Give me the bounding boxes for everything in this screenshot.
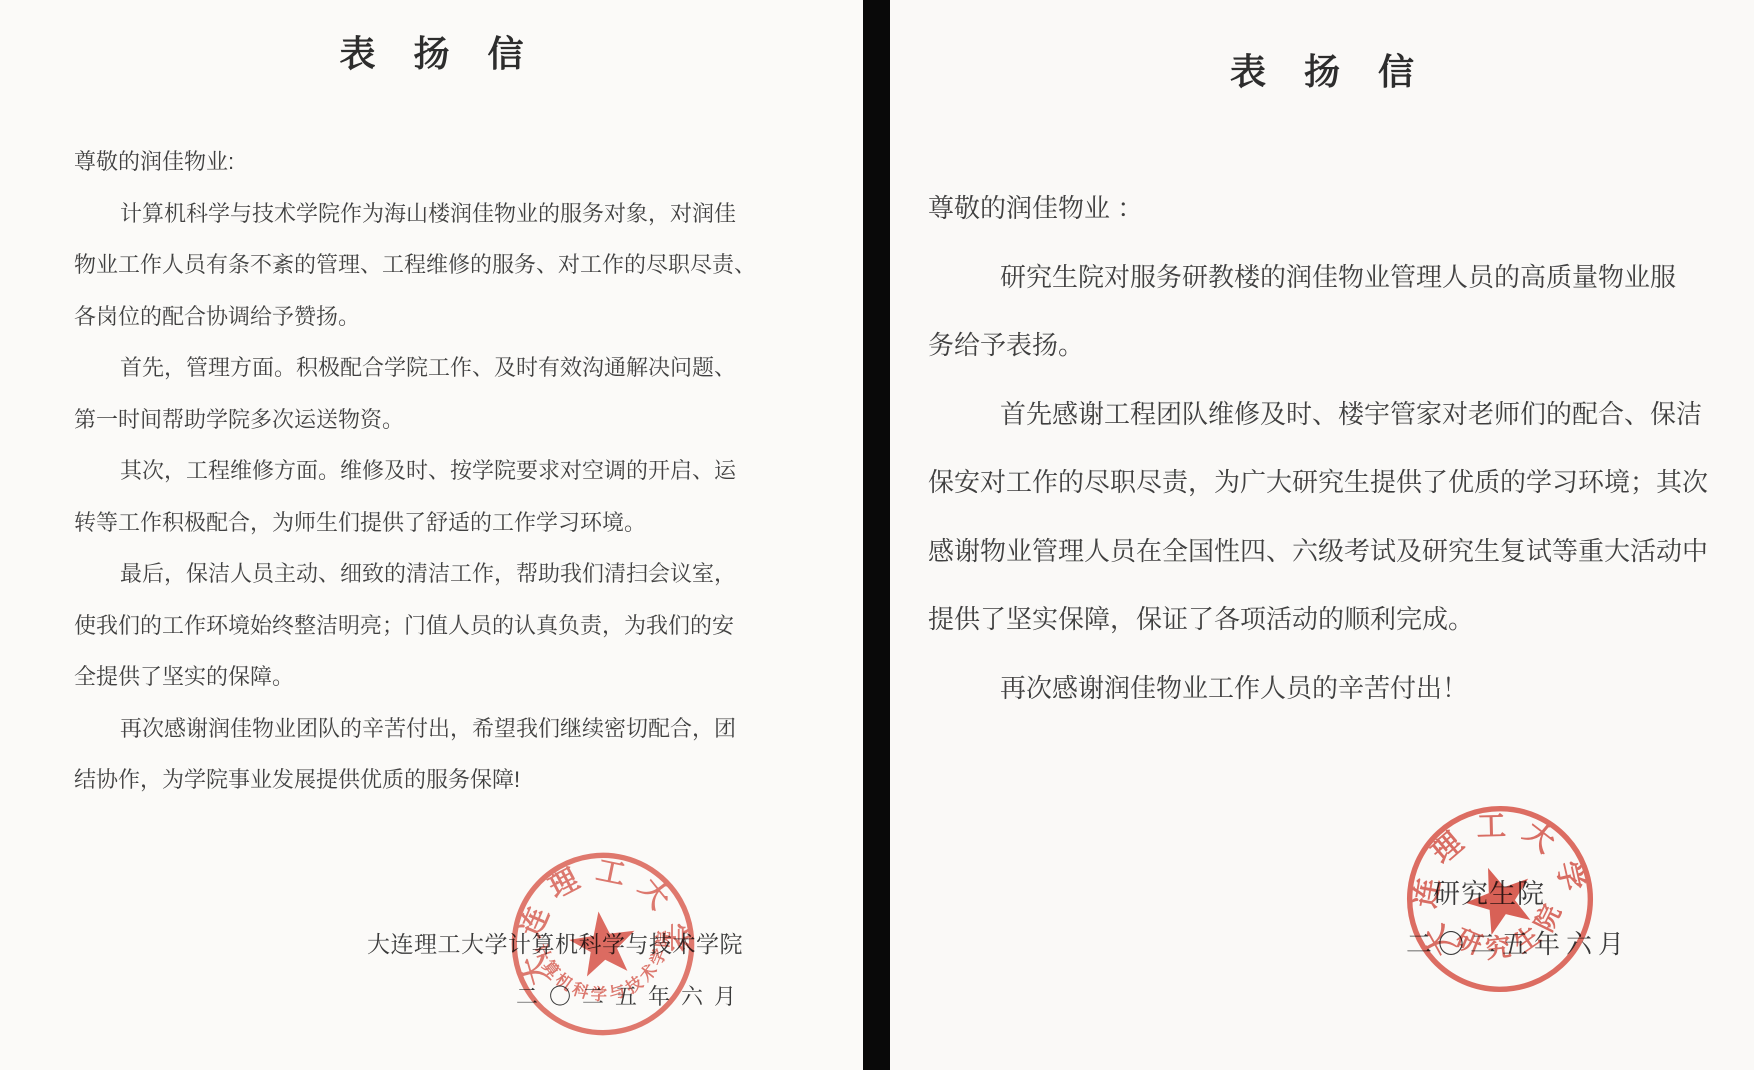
body-line: 保安对工作的尽职尽责，为广大研究生提供了优质的学习环境；其次 bbox=[928, 448, 1716, 517]
salutation: 尊敬的润佳物业: bbox=[74, 136, 764, 188]
letter-body: 尊敬的润佳物业: 计算机科学与技术学院作为海山楼润佳物业的服务对象，对润佳 物业… bbox=[74, 136, 764, 806]
body-line: 其次，工程维修方面。维修及时、按学院要求对空调的开启、运 bbox=[74, 445, 764, 497]
body-line: 最后，保洁人员主动、细致的清洁工作，帮助我们清扫会议室， bbox=[74, 548, 764, 600]
body-line: 再次感谢润佳物业工作人员的辛苦付出！ bbox=[928, 654, 1716, 723]
body-line: 再次感谢润佳物业团队的辛苦付出，希望我们继续密切配合，团 bbox=[74, 703, 764, 755]
salutation: 尊敬的润佳物业 ： bbox=[928, 174, 1716, 243]
body-line: 感谢物业管理人员在全国性四、六级考试及研究生复试等重大活动中 bbox=[928, 517, 1716, 586]
body-line: 结协作，为学院事业发展提供优质的服务保障! bbox=[74, 754, 764, 806]
body-line: 全提供了坚实的保障。 bbox=[74, 651, 764, 703]
signature-line: 研究生院 bbox=[1433, 877, 1545, 912]
body-line: 第一时间帮助学院多次运送物资。 bbox=[74, 394, 764, 446]
body-line: 计算机科学与技术学院作为海山楼润佳物业的服务对象，对润佳 bbox=[74, 188, 764, 240]
page-title: 表 扬 信 bbox=[0, 36, 863, 72]
letter-page-left: 表 扬 信 尊敬的润佳物业: 计算机科学与技术学院作为海山楼润佳物业的服务对象，… bbox=[0, 0, 863, 1070]
body-line: 使我们的工作环境始终整洁明亮；门值人员的认真负责，为我们的安 bbox=[74, 600, 764, 652]
letter-body: 尊敬的润佳物业 ： 研究生院对服务研教楼的润佳物业管理人员的高质量物业服 务给予… bbox=[928, 174, 1716, 722]
signature-line: 大连理工大学计算机科学与技术学院 bbox=[367, 930, 743, 960]
seal-top-text: 大连理工大学 bbox=[502, 843, 696, 989]
body-line: 首先，管理方面。积极配合学院工作、及时有效沟通解决问题、 bbox=[74, 342, 764, 394]
scan-background: 表 扬 信 尊敬的润佳物业: 计算机科学与技术学院作为海山楼润佳物业的服务对象，… bbox=[0, 0, 1754, 1070]
letter-page-right: 表 扬 信 尊敬的润佳物业 ： 研究生院对服务研教楼的润佳物业管理人员的高质量物… bbox=[890, 0, 1754, 1070]
body-line: 提供了坚实保障，保证了各项活动的顺利完成。 bbox=[928, 585, 1716, 654]
svg-text:大连理工大学: 大连理工大学 bbox=[502, 843, 696, 989]
page-title: 表 扬 信 bbox=[890, 54, 1754, 90]
body-line: 物业工作人员有条不紊的管理、工程维修的服务、对工作的尽职尽责、 bbox=[74, 239, 764, 291]
date-line: 二〇二五年六月 bbox=[516, 983, 747, 1012]
scan-divider bbox=[863, 0, 890, 1070]
date-line: 二〇二五年六月 bbox=[1406, 928, 1630, 962]
body-line: 首先感谢工程团队维修及时、楼宇管家对老师们的配合、保洁 bbox=[928, 380, 1716, 449]
body-line: 务给予表扬。 bbox=[928, 311, 1716, 380]
body-line: 转等工作积极配合，为师生们提供了舒适的工作学习环境。 bbox=[74, 497, 764, 549]
body-line: 各岗位的配合协调给予赞扬。 bbox=[74, 291, 764, 343]
body-line: 研究生院对服务研教楼的润佳物业管理人员的高质量物业服 bbox=[928, 243, 1716, 312]
